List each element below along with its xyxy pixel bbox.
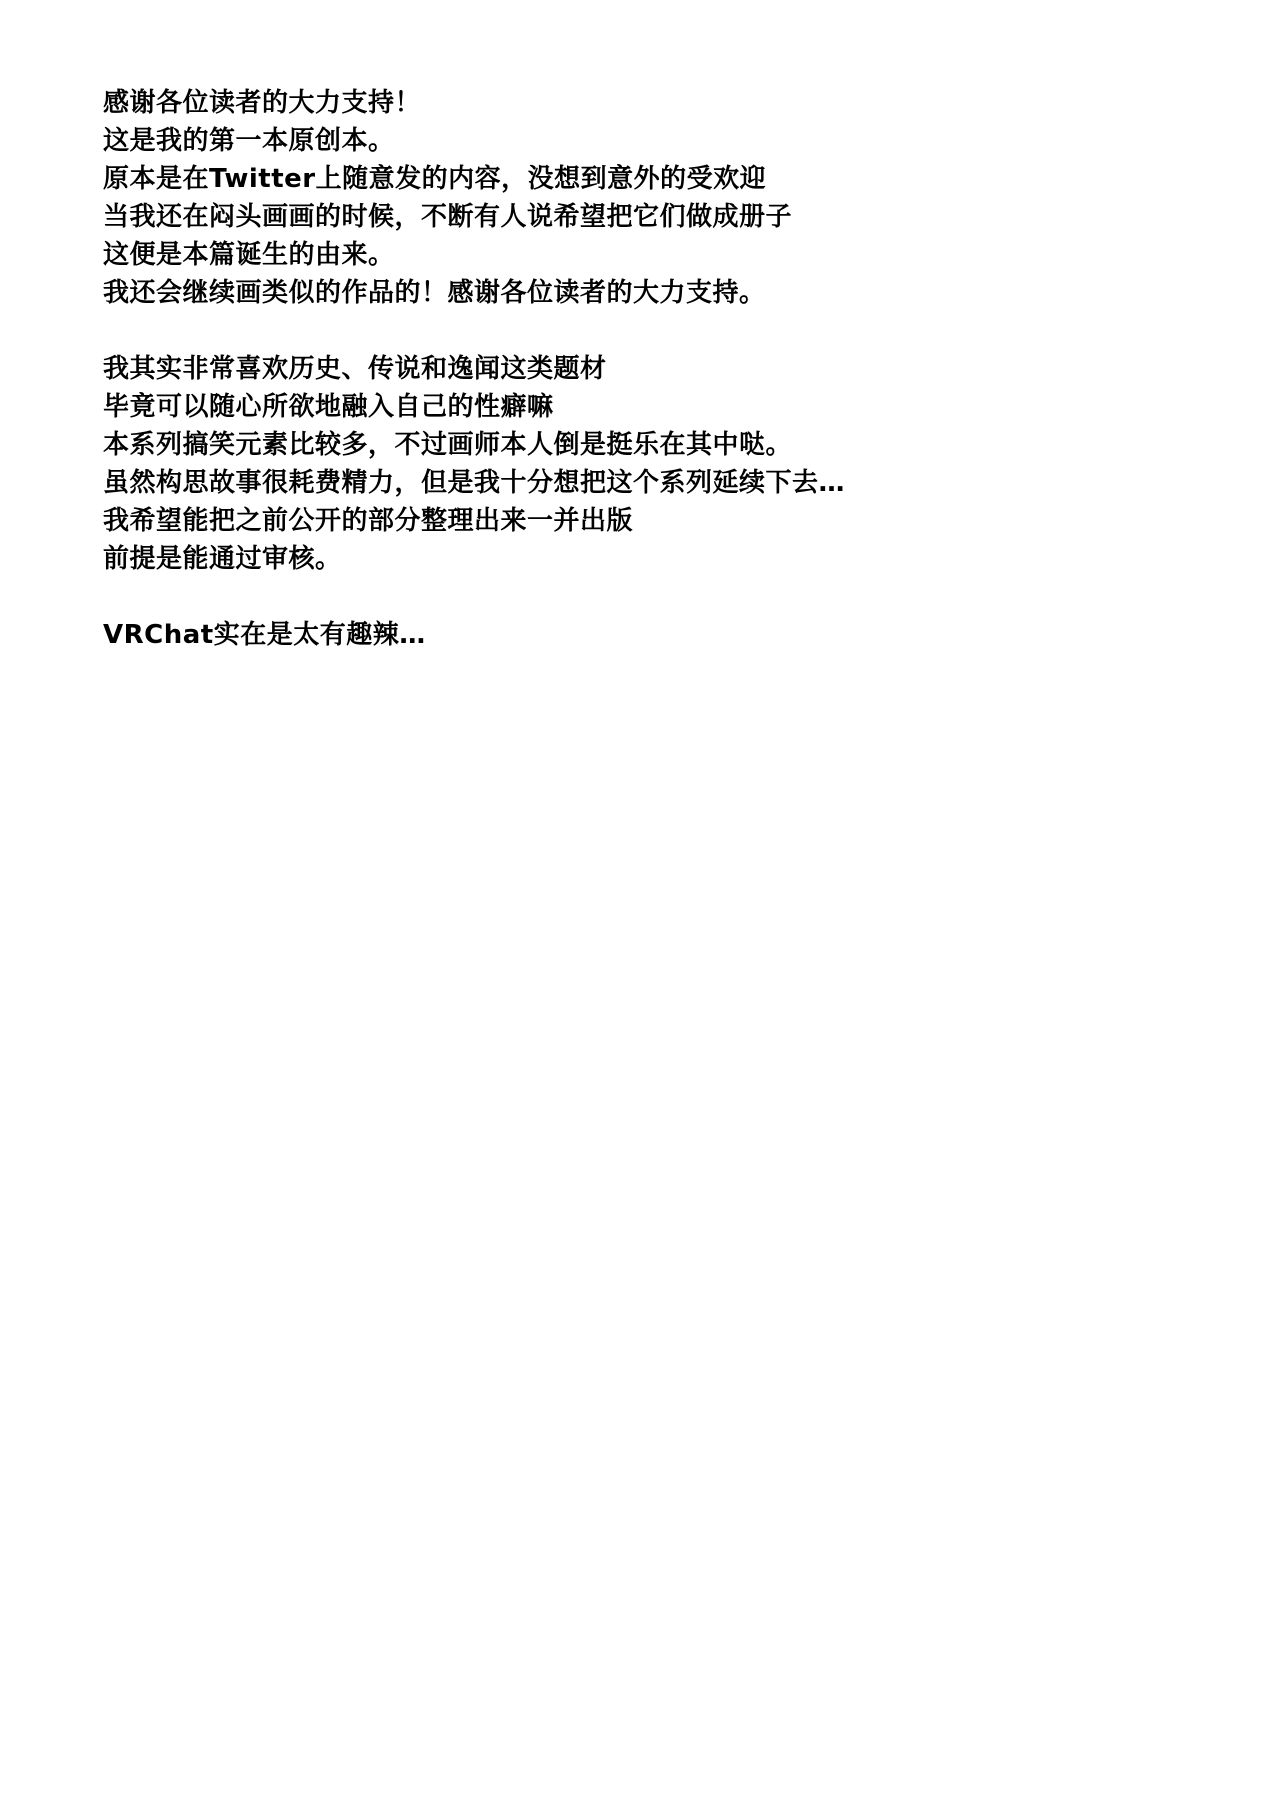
afterword-page: 感谢各位读者的大力支持！ 这是我的第一本原创本。 原本是在Twitter上随意发… <box>103 84 1203 654</box>
text-line: 这便是本篇诞生的由来。 <box>103 236 1203 274</box>
text-line: 我希望能把之前公开的部分整理出来一并出版 <box>103 502 1203 540</box>
paragraph-thanks: 感谢各位读者的大力支持！ 这是我的第一本原创本。 原本是在Twitter上随意发… <box>103 84 1203 312</box>
paragraph-series: 我其实非常喜欢历史、传说和逸闻这类题材 毕竟可以随心所欲地融入自己的性癖嘛 本系… <box>103 350 1203 578</box>
text-line: 虽然构思故事很耗费精力，但是我十分想把这个系列延续下去… <box>103 464 1203 502</box>
text-line: 本系列搞笑元素比较多，不过画师本人倒是挺乐在其中哒。 <box>103 426 1203 464</box>
text-line: 毕竟可以随心所欲地融入自己的性癖嘛 <box>103 388 1203 426</box>
text-line: 这是我的第一本原创本。 <box>103 122 1203 160</box>
text-line: 前提是能通过审核。 <box>103 540 1203 578</box>
text-line: 当我还在闷头画画的时候，不断有人说希望把它们做成册子 <box>103 198 1203 236</box>
text-line: 我还会继续画类似的作品的！感谢各位读者的大力支持。 <box>103 274 1203 312</box>
paragraph-vrchat: VRChat实在是太有趣辣… <box>103 616 1203 654</box>
text-line: VRChat实在是太有趣辣… <box>103 616 1203 654</box>
text-line: 感谢各位读者的大力支持！ <box>103 84 1203 122</box>
text-line: 我其实非常喜欢历史、传说和逸闻这类题材 <box>103 350 1203 388</box>
text-line: 原本是在Twitter上随意发的内容，没想到意外的受欢迎 <box>103 160 1203 198</box>
